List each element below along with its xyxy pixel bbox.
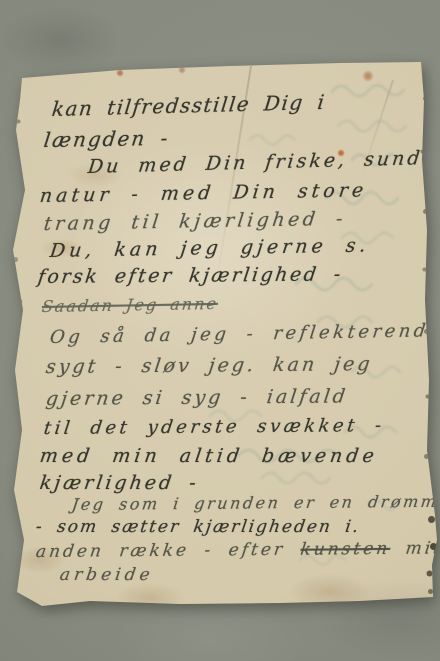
manuscript-line: anden række - efter kunsten mit	[35, 538, 440, 562]
manuscript-line: Du, kan jeg gjerne s.	[49, 234, 371, 262]
manuscript-line: Og så da jeg - reflekterende	[49, 320, 440, 348]
manuscript-line: længden -	[43, 126, 171, 152]
manuscript-line: sygt - sløv jeg. kan jeg	[45, 353, 375, 378]
manuscript-line: natur - med Din store	[39, 179, 369, 207]
photo-background: kan tilfredsstille Dig ilængden -Du med …	[0, 0, 440, 661]
manuscript-line: kan tilfredsstille Dig i	[51, 90, 327, 121]
manuscript-line: Saadan Jeg anne	[41, 294, 219, 316]
manuscript-line: Du med Din friske, sunde	[87, 147, 438, 178]
manuscript-line: - som sætter kjærligheden i.	[35, 517, 362, 537]
manuscript-line: til det yderste svækket -	[43, 415, 386, 439]
manuscript-line: med min altid bævende	[38, 445, 379, 467]
manuscript-line: kjærlighed -	[38, 472, 200, 494]
manuscript-line: trang til kjærlighed -	[43, 208, 348, 235]
torn-edge-specks	[0, 0, 3, 3]
manuscript-line: forsk efter kjærlighed -	[37, 263, 345, 288]
paper-shadow-wrap: kan tilfredsstille Dig ilængden -Du med …	[0, 0, 440, 661]
manuscript-line: arbeide	[59, 565, 155, 585]
handwriting-layer: kan tilfredsstille Dig ilængden -Du med …	[0, 0, 440, 661]
manuscript-line: Jeg som i grunden er en drømmer	[71, 492, 440, 514]
manuscript-line: gjerne si syg - ialfald	[45, 385, 350, 410]
manuscript-paper: kan tilfredsstille Dig ilængden -Du med …	[0, 0, 440, 661]
